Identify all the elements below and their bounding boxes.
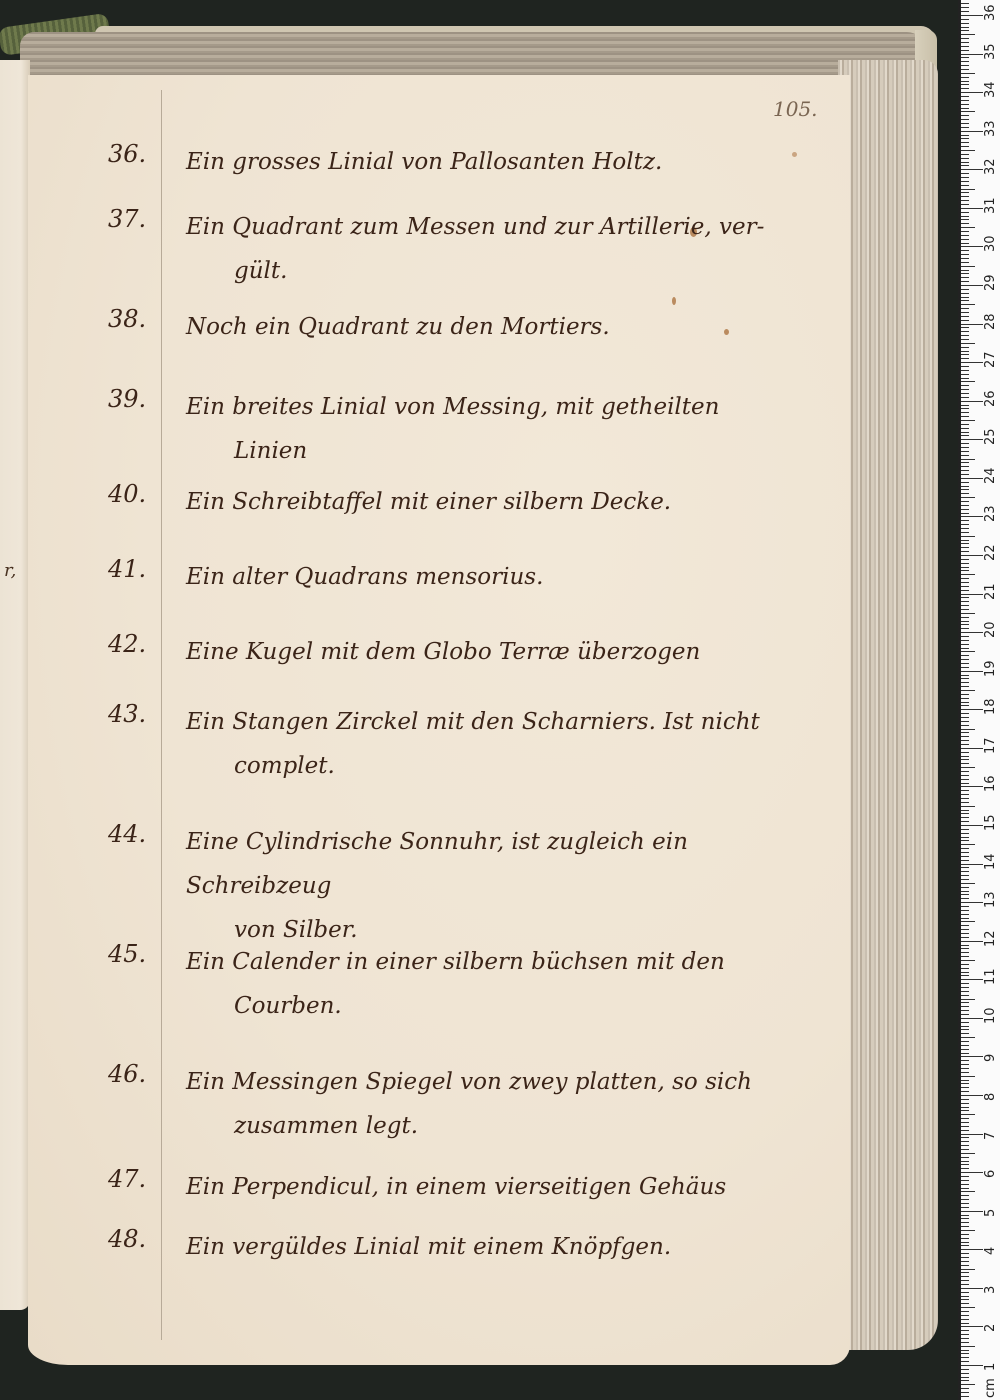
ruler-tick xyxy=(961,1365,983,1366)
ruler-tick xyxy=(961,501,969,502)
ruler-tick xyxy=(961,1334,969,1335)
ruler-tick xyxy=(961,1153,975,1154)
entry-text: Ein Schreibtaffel mit einer silbern Deck… xyxy=(186,480,826,524)
ruler-tick xyxy=(961,7,969,8)
entry-text: Ein Calender in einer silbern büchsen mi… xyxy=(186,940,826,1028)
ruler-tick xyxy=(961,293,969,294)
entry-text: Eine Kugel mit dem Globo Terræ überzogen xyxy=(186,630,826,674)
ruler-tick xyxy=(961,1311,969,1312)
ruler-tick xyxy=(961,1215,969,1216)
ruler-tick xyxy=(961,817,969,818)
ruler-tick xyxy=(961,1130,969,1131)
ink-stain xyxy=(672,297,676,305)
manuscript-page: 105. 36.Ein grosses Linial von Pallosant… xyxy=(28,75,850,1365)
ruler-tick xyxy=(961,142,969,143)
ruler-tick xyxy=(961,312,969,313)
ruler-label: 9 xyxy=(983,1054,998,1062)
ruler-tick xyxy=(961,1222,969,1223)
ruler-label: 2 xyxy=(983,1324,998,1332)
ruler-tick xyxy=(961,370,969,371)
ruler-tick xyxy=(961,478,983,479)
ruler-tick xyxy=(961,721,969,722)
ruler-tick xyxy=(961,921,975,922)
ruler-tick xyxy=(961,285,983,286)
ruler-tick xyxy=(961,1180,969,1181)
ruler-tick xyxy=(961,802,969,803)
ruler-tick xyxy=(961,1018,983,1019)
entry-line: Ein Messingen Spiegel von zwey platten, … xyxy=(186,1069,752,1095)
ruler-tick xyxy=(961,941,983,942)
ruler-tick xyxy=(961,860,969,861)
ruler-tick xyxy=(961,432,969,433)
ruler-tick xyxy=(961,798,969,799)
ruler-tick xyxy=(961,389,969,390)
ruler-tick xyxy=(961,1118,969,1119)
ruler-tick xyxy=(961,1176,969,1177)
ruler-tick xyxy=(961,698,969,699)
ruler-tick xyxy=(961,1257,969,1258)
ruler-tick xyxy=(961,57,969,58)
ruler-tick xyxy=(961,524,969,525)
ruler-tick xyxy=(961,1377,969,1378)
ruler-label: 6 xyxy=(983,1170,998,1178)
ruler-tick xyxy=(961,1157,969,1158)
ruler-tick xyxy=(961,443,969,444)
ruler-tick xyxy=(961,1083,969,1084)
ruler-tick xyxy=(961,1315,969,1316)
ruler-tick xyxy=(961,327,969,328)
ruler-tick xyxy=(961,709,983,710)
ruler-tick xyxy=(961,1242,969,1243)
ruler-tick xyxy=(961,1303,969,1304)
ruler-tick xyxy=(961,69,969,70)
ruler-label: 11 xyxy=(983,969,998,986)
ruler-tick xyxy=(961,354,969,355)
ruler-label: 24 xyxy=(983,467,998,484)
ruler-tick xyxy=(961,617,969,618)
ruler-tick xyxy=(961,185,969,186)
ruler-tick xyxy=(961,752,969,753)
ruler-tick xyxy=(961,158,969,159)
ruler-tick xyxy=(961,339,969,340)
ruler-tick xyxy=(961,1299,969,1300)
ruler-tick xyxy=(961,648,969,649)
ruler-tick xyxy=(961,678,969,679)
ruler-tick xyxy=(961,1184,969,1185)
ruler-tick xyxy=(961,1002,969,1003)
ruler-tick xyxy=(961,138,969,139)
ruler-tick xyxy=(961,273,969,274)
ruler-tick xyxy=(961,385,969,386)
ruler-tick xyxy=(961,497,975,498)
ruler-tick xyxy=(961,119,969,120)
ruler-tick xyxy=(961,231,969,232)
ruler-label: 7 xyxy=(983,1131,998,1139)
ruler-tick xyxy=(961,331,969,332)
ruler-tick xyxy=(961,216,969,217)
ruler-tick xyxy=(961,547,969,548)
ruler-tick xyxy=(961,1068,969,1069)
ruler-tick xyxy=(961,428,969,429)
ruler-tick xyxy=(961,397,969,398)
ruler-tick xyxy=(961,50,969,51)
ruler-tick xyxy=(961,906,969,907)
ruler-tick xyxy=(961,609,969,610)
ruler-tick xyxy=(961,88,969,89)
ruler-label: 22 xyxy=(983,544,998,561)
ruler-label: 23 xyxy=(983,506,998,523)
ruler-tick xyxy=(961,856,969,857)
ruler-tick xyxy=(961,505,969,506)
ruler-label: 13 xyxy=(983,892,998,909)
ruler-tick xyxy=(961,1292,969,1293)
ruler-tick xyxy=(961,1323,969,1324)
ruler-label: 18 xyxy=(983,699,998,716)
ruler-tick xyxy=(961,644,969,645)
ruler-tick xyxy=(961,165,969,166)
ruler-tick xyxy=(961,200,969,201)
ruler-tick xyxy=(961,1014,969,1015)
ruler-tick xyxy=(961,1280,969,1281)
ruler-tick xyxy=(961,108,969,109)
entry-text: Noch ein Quadrant zu den Mortiers. xyxy=(186,305,826,349)
ruler-tick xyxy=(961,466,969,467)
ruler-tick xyxy=(961,1141,969,1142)
left-page-text: r, xyxy=(4,560,16,581)
ruler-tick xyxy=(961,135,969,136)
ruler-tick xyxy=(961,1191,975,1192)
ruler-tick xyxy=(961,408,969,409)
ruler-tick xyxy=(961,169,983,170)
ruler-tick xyxy=(961,945,969,946)
ruler-tick xyxy=(961,42,969,43)
ruler-tick xyxy=(961,979,983,980)
ruler-tick xyxy=(961,794,969,795)
entry-continuation-line: gült. xyxy=(186,249,826,293)
ruler-tick xyxy=(961,1006,969,1007)
entry-text: Ein Quadrant zum Messen und zur Artiller… xyxy=(186,205,826,293)
ruler-tick xyxy=(961,393,969,394)
ruler-tick xyxy=(961,1091,969,1092)
entry-line: Ein Stangen Zirckel mit den Scharniers. … xyxy=(186,709,760,735)
ruler-tick xyxy=(961,725,969,726)
ruler-tick xyxy=(961,929,969,930)
ruler-tick xyxy=(961,729,975,730)
ruler-tick xyxy=(961,304,975,305)
ruler-tick xyxy=(961,1161,969,1162)
ruler-tick xyxy=(961,92,983,93)
ruler-tick xyxy=(961,624,969,625)
ruler-tick xyxy=(961,154,969,155)
ruler-tick xyxy=(961,489,969,490)
ruler-tick xyxy=(961,702,969,703)
ruler-tick xyxy=(961,1269,975,1270)
ruler-tick xyxy=(961,840,969,841)
ruler-tick xyxy=(961,3,969,4)
ruler-tick xyxy=(961,675,969,676)
ruler-tick xyxy=(961,1272,969,1273)
ruler-tick xyxy=(961,30,969,31)
ruler-tick xyxy=(961,459,975,460)
ruler-tick xyxy=(961,1045,969,1046)
ruler-tick xyxy=(961,1188,969,1189)
ruler-tick xyxy=(961,1195,969,1196)
entry-text: Ein grosses Linial von Pallosanten Holtz… xyxy=(186,140,826,184)
ruler-tick xyxy=(961,219,969,220)
ruler-tick xyxy=(961,613,975,614)
ruler-tick xyxy=(961,829,969,830)
ruler-tick xyxy=(961,968,969,969)
ruler-tick xyxy=(961,1261,969,1262)
ruler-tick xyxy=(961,717,969,718)
ruler-tick xyxy=(961,918,969,919)
ruler-tick xyxy=(961,536,975,537)
ruler-tick xyxy=(961,374,969,375)
ruler-unit-label: cm xyxy=(983,1378,998,1398)
left-page-fragment: r, xyxy=(0,60,30,1310)
ruler-tick xyxy=(961,786,983,787)
ruler-tick xyxy=(961,756,969,757)
ruler-tick xyxy=(961,1145,969,1146)
ruler-tick xyxy=(961,1026,969,1027)
margin-rule xyxy=(161,90,162,1340)
ruler-tick xyxy=(961,455,969,456)
ruler-tick xyxy=(961,682,969,683)
ruler-tick xyxy=(961,401,983,402)
ruler-tick xyxy=(961,235,969,236)
ruler-tick xyxy=(961,806,975,807)
ruler-tick xyxy=(961,1199,969,1200)
entry-number: 45. xyxy=(108,940,158,968)
ruler-tick xyxy=(961,192,969,193)
entry-continuation-line: Courben. xyxy=(186,984,826,1028)
ruler-tick xyxy=(961,1076,975,1077)
ruler-label: 20 xyxy=(983,622,998,639)
ruler-tick xyxy=(961,964,969,965)
ruler-tick xyxy=(961,999,975,1000)
ruler-label: 29 xyxy=(983,274,998,291)
ruler-tick xyxy=(961,277,969,278)
ruler-tick xyxy=(961,1033,969,1034)
ruler-tick xyxy=(961,740,969,741)
entry-text: Ein breites Linial von Messing, mit geth… xyxy=(186,385,826,473)
ruler-tick xyxy=(961,640,969,641)
ruler-tick xyxy=(961,914,969,915)
ruler-tick xyxy=(961,1234,969,1235)
ruler-label: 1 xyxy=(983,1363,998,1371)
ruler-tick xyxy=(961,239,969,240)
ruler-tick xyxy=(961,73,975,74)
ruler-tick xyxy=(961,887,969,888)
ruler-tick xyxy=(961,667,969,668)
ruler-tick xyxy=(961,910,969,911)
ruler-tick xyxy=(961,270,969,271)
ruler-tick xyxy=(961,813,969,814)
ruler-tick xyxy=(961,100,969,101)
ruler-label: 8 xyxy=(983,1093,998,1101)
ruler-tick xyxy=(961,262,969,263)
ruler-tick xyxy=(961,821,969,822)
ruler-tick xyxy=(961,1357,969,1358)
entry-line: Noch ein Quadrant zu den Mortiers. xyxy=(186,314,610,340)
ruler-label: 32 xyxy=(983,159,998,176)
ruler-tick xyxy=(961,1361,969,1362)
ruler-label: 36 xyxy=(983,4,998,21)
ruler-tick xyxy=(961,925,969,926)
ruler-tick xyxy=(961,948,969,949)
ruler-label: 15 xyxy=(983,814,998,831)
ruler-tick xyxy=(961,127,969,128)
ruler-tick xyxy=(961,1064,969,1065)
ruler-tick xyxy=(961,883,975,884)
ruler-tick xyxy=(961,933,969,934)
ruler-tick xyxy=(961,246,983,247)
ruler-tick xyxy=(961,891,969,892)
ruler-tick xyxy=(961,474,969,475)
ruler-tick xyxy=(961,1253,969,1254)
page-number: 105. xyxy=(773,97,818,121)
ruler-tick xyxy=(961,987,969,988)
ruler-tick xyxy=(961,1373,969,1374)
ruler-tick xyxy=(961,574,975,575)
ruler-tick xyxy=(961,1346,975,1347)
ruler-tick xyxy=(961,405,969,406)
ruler-tick xyxy=(961,1288,983,1289)
ruler-tick xyxy=(961,771,969,772)
entry-continuation-line: Linien xyxy=(186,429,826,473)
ruler-label: 10 xyxy=(983,1007,998,1024)
ruler-tick xyxy=(961,1114,975,1115)
ruler-tick xyxy=(961,744,969,745)
ruler-tick xyxy=(961,451,969,452)
ruler-tick xyxy=(961,902,983,903)
ruler-tick xyxy=(961,1392,969,1393)
ruler-tick xyxy=(961,177,969,178)
ruler-tick xyxy=(961,848,969,849)
ruler-tick xyxy=(961,601,969,602)
ruler-tick xyxy=(961,559,969,560)
ruler-tick xyxy=(961,65,969,66)
ruler-tick xyxy=(961,767,975,768)
ruler-tick xyxy=(961,381,975,382)
ruler-tick xyxy=(961,694,969,695)
ruler-tick xyxy=(961,1319,969,1320)
ruler-label: 21 xyxy=(983,583,998,600)
ruler-tick xyxy=(961,439,983,440)
ruler-tick xyxy=(961,960,975,961)
ruler-tick xyxy=(961,864,983,865)
ruler-tick xyxy=(961,628,969,629)
ruler-tick xyxy=(961,416,969,417)
ruler-tick xyxy=(961,146,969,147)
ruler-tick xyxy=(961,570,969,571)
ruler-tick xyxy=(961,651,975,652)
page-block-fore-edge xyxy=(838,60,938,1350)
ruler-tick xyxy=(961,1110,969,1111)
ruler-tick xyxy=(961,366,969,367)
ruler-tick xyxy=(961,1353,969,1354)
ruler-tick xyxy=(961,1330,969,1331)
ruler-tick xyxy=(961,482,969,483)
ruler-tick xyxy=(961,783,969,784)
ruler-label: 28 xyxy=(983,313,998,330)
ruler-tick xyxy=(961,825,983,826)
ruler-tick xyxy=(961,196,969,197)
ruler-tick xyxy=(961,732,969,733)
ruler-label: 31 xyxy=(983,197,998,214)
ruler-tick xyxy=(961,462,969,463)
entry-text: Ein Messingen Spiegel von zwey platten, … xyxy=(186,1060,826,1148)
ruler-tick xyxy=(961,590,969,591)
ruler-tick xyxy=(961,320,969,321)
ruler-tick xyxy=(961,358,969,359)
ruler-tick xyxy=(961,1168,969,1169)
ruler-tick xyxy=(961,150,975,151)
ruler-tick xyxy=(961,1342,969,1343)
ruler-tick xyxy=(961,748,983,749)
ruler-tick xyxy=(961,528,969,529)
ruler-tick xyxy=(961,686,969,687)
ruler-tick xyxy=(961,790,969,791)
ruler-tick xyxy=(961,837,969,838)
entry-number: 46. xyxy=(108,1060,158,1088)
ruler-tick xyxy=(961,586,969,587)
ruler-tick xyxy=(961,1207,969,1208)
ruler-tick xyxy=(961,1053,969,1054)
entry-number: 37. xyxy=(108,205,158,233)
entry-continuation-line: complet. xyxy=(186,744,826,788)
ruler-tick xyxy=(961,486,969,487)
ruler-tick xyxy=(961,96,969,97)
ruler-tick xyxy=(961,871,969,872)
ruler-tick xyxy=(961,975,969,976)
ruler-label: 35 xyxy=(983,43,998,60)
ruler-tick xyxy=(961,555,983,556)
entry-number: 38. xyxy=(108,305,158,333)
ruler-label: 17 xyxy=(983,737,998,754)
ruler-tick xyxy=(961,493,969,494)
ruler-tick xyxy=(961,763,969,764)
entry-continuation-line: zusammen legt. xyxy=(186,1104,826,1148)
ruler-tick xyxy=(961,1276,969,1277)
ruler-tick xyxy=(961,1284,969,1285)
ruler-label: 12 xyxy=(983,930,998,947)
ruler-tick xyxy=(961,551,969,552)
ruler-tick xyxy=(961,1149,969,1150)
entry-line: Ein Calender in einer silbern büchsen mi… xyxy=(186,949,725,975)
entry-line: Eine Kugel mit dem Globo Terræ überzogen xyxy=(186,639,700,665)
ruler-tick xyxy=(961,894,969,895)
ruler-tick xyxy=(961,447,969,448)
ruler-tick xyxy=(961,513,969,514)
ruler-label: 14 xyxy=(983,853,998,870)
ruler-tick xyxy=(961,636,969,637)
ruler-label: 3 xyxy=(983,1286,998,1294)
entry-text: Eine Cylindrische Sonnuhr, ist zugleich … xyxy=(186,820,826,952)
ruler-tick xyxy=(961,1107,969,1108)
ruler-tick xyxy=(961,281,969,282)
ruler-tick xyxy=(961,19,969,20)
ruler-tick xyxy=(961,621,969,622)
ruler-tick xyxy=(961,266,975,267)
ruler-label: 5 xyxy=(983,1208,998,1216)
ruler-tick xyxy=(961,736,969,737)
ruler-tick xyxy=(961,115,969,116)
ruler-tick xyxy=(961,61,969,62)
ruler-tick xyxy=(961,123,969,124)
ruler-label: 34 xyxy=(983,82,998,99)
ruler-tick xyxy=(961,995,969,996)
